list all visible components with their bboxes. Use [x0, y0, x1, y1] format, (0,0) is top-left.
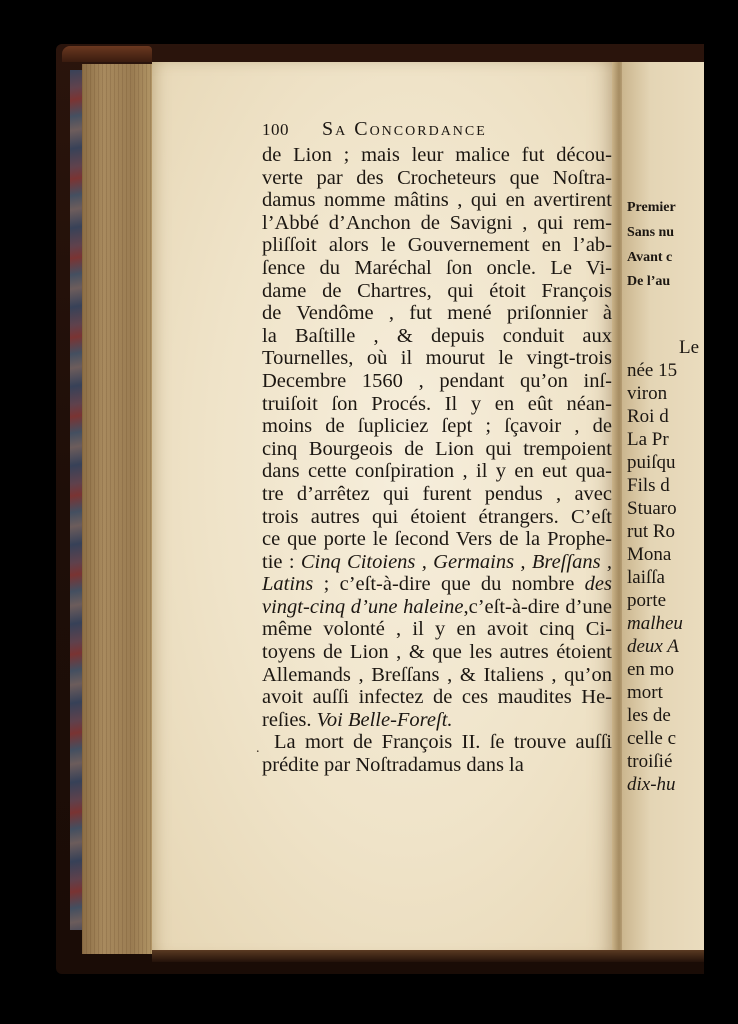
text-line: trois autres qui étoient étrangers. C’eſ…	[262, 506, 612, 529]
text-line: celle c	[627, 728, 676, 750]
text-line: damus nomme mâtins , qui en avertirent	[262, 189, 612, 212]
verse-line: Sans nu	[627, 225, 674, 241]
text-line-quote: tie : Cinq Citoiens , Germains , Breſſan…	[262, 551, 612, 574]
text-span: reſies.	[262, 709, 317, 731]
cover-corner-wear	[62, 46, 152, 62]
text-line: Le	[679, 337, 699, 359]
text-span: tie :	[262, 551, 301, 573]
text-line: deux A	[627, 636, 679, 658]
text-line: ſence du Maréchal ſon oncle. Le Vi-	[262, 257, 612, 280]
page-bottom-shadow	[152, 950, 704, 962]
text-line: née 15	[627, 360, 677, 382]
text-line: verte par des Crocheteurs que Noſtra-	[262, 167, 612, 190]
text-line: cinq Bourgeois de Lion qui trempoient	[262, 438, 612, 461]
text-line: rut Ro	[627, 521, 675, 543]
verse-line: Avant c	[627, 250, 672, 266]
prophecy-quote: vingt-cinq d’une haleine	[262, 596, 463, 618]
text-line: Fils d	[627, 475, 670, 497]
text-line: laiſſa	[627, 567, 665, 589]
text-line-quote: vingt-cinq d’une haleine,c’eſt-à-dire d’…	[262, 596, 612, 619]
text-line: Stuaro	[627, 498, 677, 520]
text-line: la Baſtille , & depuis conduit aux	[262, 325, 612, 348]
text-line: tre d’arrêtez qui furent pendus , avec	[262, 483, 612, 506]
text-line: les de	[627, 705, 671, 727]
prophecy-quote: Cinq Citoiens , Germains , Breſſans ,	[301, 551, 612, 573]
text-line: ce que porte le ſecond Vers de la Prophe…	[262, 528, 612, 551]
text-line: La Pr	[627, 429, 669, 451]
text-line: en mo	[627, 659, 674, 681]
text-line: Roi d	[627, 406, 669, 428]
prophecy-quote: des	[585, 573, 612, 595]
text-line: dans cette conſpiration , il y en eut qu…	[262, 460, 612, 483]
paragraph-start-line: La mort de François II. ſe trouve auſſi	[262, 731, 612, 754]
text-span: ,c’eſt-à-dire d’une	[463, 596, 612, 618]
text-line: Allemands , Breſſans , & Italiens , qu’o…	[262, 664, 612, 687]
text-line: mort	[627, 682, 663, 704]
text-line: Tournelles, où il mourut le vingt-trois	[262, 347, 612, 370]
right-page: C Premier Sans nu Avant c De l’au Le née…	[622, 62, 704, 957]
text-line: pliſſoit alors le Gouvernement en l’ab-	[262, 234, 612, 257]
page-edges-block	[82, 64, 154, 954]
page-number: 100	[262, 120, 322, 140]
text-line: viron	[627, 383, 667, 405]
running-head: 100 Sa Concordance	[262, 118, 612, 144]
verse-line: De l’au	[627, 274, 670, 290]
text-line-citation: reſies. Voi Belle-Foreſt.	[262, 709, 612, 732]
verse-line: Premier	[627, 200, 676, 216]
margin-mark: .	[256, 741, 260, 757]
text-line: même volonté , il y en avoit cinq Ci-	[262, 618, 612, 641]
text-line-quote: Latins ; c’eſt-à-dire que du nombre des	[262, 573, 612, 596]
left-page-text: 100 Sa Concordance de Lion ; mais leur m…	[262, 118, 612, 777]
text-line: de Vendôme , fut mené priſonnier à	[262, 302, 612, 325]
text-line: prédite par Noſtradamus dans la	[262, 754, 612, 777]
text-line: porte	[627, 590, 666, 612]
text-line: de Lion ; mais leur malice fut décou-	[262, 144, 612, 167]
text-line: dix-hu	[627, 774, 676, 796]
text-line: l’Abbé d’Anchon de Savigni , qui rem-	[262, 212, 612, 235]
text-line: moins de ſupliciez ſept ; ſçavoir , de	[262, 415, 612, 438]
prophecy-quote: Latins	[262, 573, 313, 595]
text-span: ; c’eſt-à-dire que du nombre	[313, 573, 584, 595]
text-line: Mona	[627, 544, 671, 566]
text-line: toyens de Lion , & que les autres étoien…	[262, 641, 612, 664]
text-line: dame de Chartres, qui étoit François	[262, 280, 612, 303]
text-line: avoit auſſi infectez de ces maudites He-	[262, 686, 612, 709]
text-line: Decembre 1560 , pendant qu’on inſ-	[262, 370, 612, 393]
running-head-title: Sa Concordance	[322, 118, 487, 141]
text-line: truiſoit ſon Procés. Il y en eût néan-	[262, 393, 612, 416]
text-line: malheu	[627, 613, 683, 635]
text-line: puiſqu	[627, 452, 676, 474]
citation-reference: Voi Belle-Foreſt.	[317, 709, 453, 731]
text-line: troiſié	[627, 751, 672, 773]
